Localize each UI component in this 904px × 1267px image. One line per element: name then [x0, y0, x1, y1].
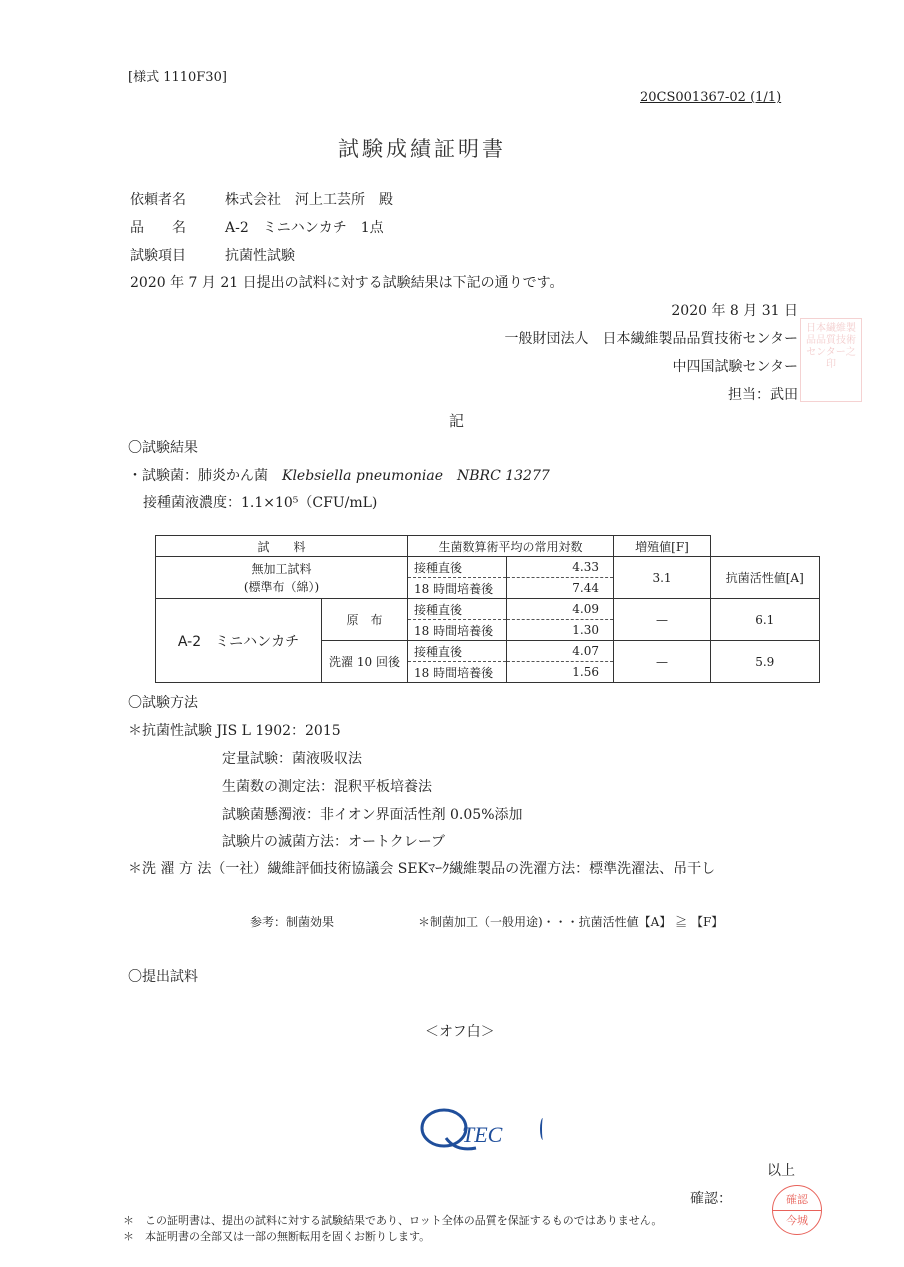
statement: 2020 年 7 月 21 日提出の試料に対する試験結果は下記の通りです。 [130, 272, 563, 292]
inoculum-concentration: 接種菌液濃度：1.1×10⁵（CFU/mL) [143, 492, 377, 512]
bacteria-latin: Klebsiella pneumoniae NBRC 13277 [282, 468, 550, 484]
end-mark: 以上 [767, 1160, 795, 1180]
method-heading: 〇試験方法 [128, 692, 198, 712]
method-item-quant: 定量試験：菌液吸収法 [222, 748, 362, 768]
test-bacteria: ・試験菌：肺炎かん菌 Klebsiella pneumoniae NBRC 13… [128, 465, 550, 485]
issuer-org: 一般財団法人 日本繊維製品品質技術センター [505, 328, 798, 348]
disclaimer-note-2: ＊ 本証明書の全部又は一部の無断転用を固くお断りします。 [123, 1228, 430, 1244]
header-growth: 増殖値[F] [614, 536, 711, 557]
method-item-sterilize: 試験片の滅菌方法：オートクレーブ [222, 831, 445, 851]
qtec-logo-icon: TEC [416, 1100, 526, 1160]
bacteria-name: ・試験菌：肺炎かん菌 [128, 468, 282, 484]
test-item-label: 試験項目 [130, 245, 186, 265]
stamp-bottom-text: 今城 [773, 1212, 821, 1228]
method-item-suspension: 試験菌懸濁液：非イオン界面活性剤 0.05%添加 [222, 804, 523, 824]
control-t0-label: 接種直後 [408, 557, 507, 578]
test-item-value: 抗菌性試験 [225, 245, 295, 265]
reference-value: ＊制菌加工（一般用途)・・・抗菌活性値【A】 ≧ 【F】 [418, 913, 723, 930]
logo-mark-fragment [540, 1118, 546, 1140]
product-value: A-2 ミニハンカチ 1点 [225, 217, 384, 237]
header-activity: 抗菌活性値[A] [711, 557, 820, 599]
reference-label: 参考：制菌効果 [250, 913, 334, 930]
control-t18-label: 18 時間培養後 [408, 578, 507, 599]
row0-t0-value: 4.09 [507, 599, 614, 620]
row1-t0-value: 4.07 [507, 641, 614, 662]
official-seal: 日本繊維製品品質技術センター之印 [800, 318, 862, 402]
row1-t18-label: 18 時間培養後 [408, 662, 507, 683]
control-sample: 無加工試料 (標準布（綿）) [156, 557, 408, 599]
sample-color: ＜オフ白＞ [425, 1021, 495, 1041]
header-empty [711, 536, 820, 557]
page-title: 試験成績証明書 [338, 133, 506, 163]
row0-t18-label: 18 時間培養後 [408, 620, 507, 641]
ki-heading: 記 [449, 410, 464, 431]
confirm-label: 確認： [690, 1188, 732, 1208]
condition-washed: 洗濯 10 回後 [322, 641, 408, 683]
confirm-stamp: 確認 今城 [772, 1185, 822, 1235]
seal-text: 日本繊維製品品質技術センター之印 [801, 319, 861, 375]
washing-method: ＊洗 濯 方 法（一社）繊維評価技術協議会 SEKﾏｰｸ繊維製品の洗濯方法：標準… [128, 858, 715, 878]
row0-t0-label: 接種直後 [408, 599, 507, 620]
row1-t18-value: 1.56 [507, 662, 614, 683]
method-item-count: 生菌数の測定法：混釈平板培養法 [222, 776, 432, 796]
row0-growth: — [614, 599, 711, 641]
issue-date: 2020 年 8 月 31 日 [671, 300, 798, 320]
client-label: 依頼者名 [130, 189, 186, 209]
row1-activity: 5.9 [711, 641, 820, 683]
document-number: 20CS001367-02 (1/1) [640, 90, 781, 105]
method-standard: ＊抗菌性試験 JIS L 1902：2015 [128, 720, 341, 740]
row0-t18-value: 1.30 [507, 620, 614, 641]
qtec-logo: TEC [416, 1100, 526, 1164]
header-sample: 試 料 [156, 536, 408, 557]
row0-activity: 6.1 [711, 599, 820, 641]
client-value: 株式会社 河上工芸所 殿 [225, 189, 393, 209]
row1-t0-label: 接種直後 [408, 641, 507, 662]
form-code: [様式 1110F30] [128, 66, 227, 85]
control-name-line2: (標準布（綿）) [156, 578, 407, 596]
issuer-person: 担当：武田 [728, 384, 798, 404]
control-t0-value: 4.33 [507, 557, 614, 578]
row1-growth: — [614, 641, 711, 683]
results-heading: 〇試験結果 [128, 437, 198, 457]
control-growth: 3.1 [614, 557, 711, 599]
results-table: 試 料 生菌数算術平均の常用対数 増殖値[F] 無加工試料 (標準布（綿）) 接… [155, 535, 820, 683]
issuer-branch: 中四国試験センター [673, 356, 798, 376]
product-label: 品 名 [130, 217, 186, 237]
submitted-heading: 〇提出試料 [128, 966, 198, 986]
sample-name: A-2 ミニハンカチ [156, 599, 322, 683]
stamp-top-text: 確認 [773, 1191, 821, 1207]
disclaimer-note-1: ＊ この証明書は、提出の試料に対する試験結果であり、ロット全体の品質を保証するも… [123, 1212, 662, 1228]
control-t18-value: 7.44 [507, 578, 614, 599]
svg-text:TEC: TEC [462, 1122, 503, 1147]
control-name-line1: 無加工試料 [156, 560, 407, 578]
header-log: 生菌数算術平均の常用対数 [408, 536, 614, 557]
condition-original: 原 布 [322, 599, 408, 641]
